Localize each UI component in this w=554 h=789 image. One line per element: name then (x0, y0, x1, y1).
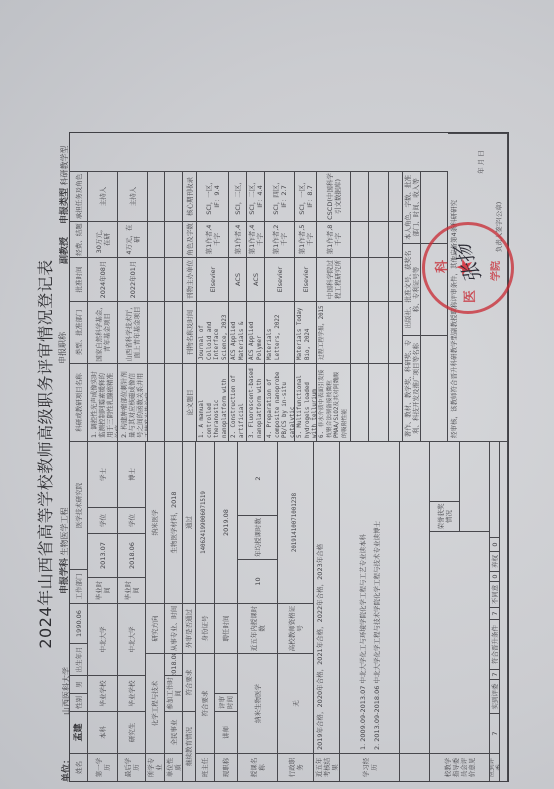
committee-label: 校教学指导委员会评价意见 (430, 753, 490, 781)
paper-blank (351, 257, 369, 301)
birth-value: 1990.06 (70, 603, 88, 643)
project-header: 经费、结题 (70, 221, 88, 257)
paper-cell: 过程工程学报，2015 (317, 301, 351, 363)
committee-value (430, 531, 490, 753)
paper-cell: 第1作者,8千字 (317, 221, 351, 257)
paper-cell: Elsevier (197, 257, 229, 301)
project-blank (148, 221, 165, 257)
eval-time-value (215, 653, 238, 693)
eval-time-label: 评审时间 (215, 693, 238, 711)
title-line: 申报职称 (57, 332, 68, 364)
gender-label: 性别 (70, 693, 88, 711)
edu1-value: 本科 (88, 711, 118, 753)
paper-cell: 中国科学院过程工程研究所 (317, 257, 351, 301)
paper-cell: SCI，二区， (229, 171, 247, 221)
project-cell: 主持人 (88, 171, 118, 221)
hours-yr-label: 年均授课时数 (238, 515, 278, 559)
works-header: 出版社、批准文号、获奖名称、专利证号等 (403, 243, 421, 335)
grad2-label: 毕业时间 (118, 577, 146, 603)
research-label: 研究方向 (146, 603, 165, 653)
project-blank (148, 363, 165, 441)
paper-cell: SCI，一区，IF：8.7 (295, 171, 317, 221)
paper-blank (389, 171, 403, 221)
award-value (430, 441, 460, 501)
project-blank (148, 257, 165, 301)
hours5-label: 近五年内授课时数 (238, 603, 278, 653)
cont-edu-value: 符合要求 (183, 653, 196, 711)
pass-label: 符合晋升条件 (490, 619, 500, 669)
school2-label: 毕业学校 (118, 675, 146, 711)
award-extra (460, 441, 490, 531)
pass-value: 7 (490, 607, 500, 619)
project-blank (165, 257, 183, 301)
cur-title-label: 现职称 (215, 753, 238, 781)
paper-cell: ACS Applied Materials & Interfaces, 2023 (229, 301, 247, 363)
paper-blank (351, 363, 369, 441)
major-label: 所学专业 (146, 753, 165, 781)
work-start-value: 2018.08 (165, 653, 183, 675)
should-value: 7 (490, 713, 500, 753)
work-start-label: 参加工作时间 (165, 675, 183, 711)
review-passed-value: 通过 (183, 441, 196, 603)
paper-cell: Materials Letters, 2022 (265, 301, 295, 363)
org-type-value: 全民事业 (165, 711, 183, 753)
paper-cell: SCI，四区，IF：2.7 (265, 171, 295, 221)
works-header: 著作、教材、教学奖、科研奖、专利、科技开发及推广项目等名称 (403, 335, 421, 441)
paper-cell: SCI，一区，IF：9.4 (197, 171, 229, 221)
cont-edu-label: 继续教育情况 (183, 711, 196, 781)
abstain-label: 弃权 (490, 551, 500, 571)
id-label: 身份证号 (196, 603, 215, 653)
paper-cell: Elsevier (295, 257, 317, 301)
paper-header: 刊物名称及时间 (183, 301, 197, 363)
project-cell: 山西省科学技术厅，面上青年基金项目 (118, 301, 148, 363)
study-item: 1. 2009.09-2013.07 中北大学化工与环境学院化学工程与工艺专业读… (359, 534, 367, 750)
edu1-label: 第一学历 (88, 753, 118, 781)
hours5-value: 10 (238, 559, 278, 603)
study-label: 学习经历 (340, 753, 400, 781)
paper-cell: SCI，二区，IF：4.4 (247, 171, 265, 221)
award-label: 荣誉获奖情况 (430, 501, 460, 531)
project-cell: 国家自然科学基金，青年基金项目 (88, 301, 118, 363)
paper-cell: ACS (247, 257, 265, 301)
project-cell: 2022年01月 (118, 257, 148, 301)
cur-title-value: 讲师 (215, 711, 238, 753)
paper-header: 刊物主办单位 (183, 257, 197, 301)
study-item: 2. 2013.09-2018.06 中北大学化学工程与技术学院化学工程与技术专… (373, 521, 381, 750)
paper-cell: 3. Fluorescent-based nanoplatform with r… (247, 363, 265, 441)
works-header: 本人角色、字数、批准部门、时间、收入等 (403, 171, 421, 243)
project-cell: 4万元，在研 (118, 221, 148, 257)
project-header: 类型、批准部门 (70, 301, 88, 363)
paper-header: 核心期刊收录 (183, 171, 197, 221)
field-value: 生物医学材料，2018 (165, 441, 183, 603)
deg1-label: 学位 (88, 507, 118, 533)
project-cell: 2. 构建肿瘤部位刺针剂量与其对应核磁成像信号之间的函数关系并用于精准光热治疗 (118, 363, 148, 441)
paper-header: 论文题目 (183, 363, 197, 441)
project-blank (165, 301, 183, 363)
name-label: 姓名 (70, 753, 88, 781)
admin-label: 行政职务 (278, 753, 314, 781)
project-cell: 主持人 (118, 171, 148, 221)
works-blank (421, 335, 448, 441)
course-value: 纳米生物医学 (238, 653, 278, 753)
review-passed-label: 外审是否通过 (183, 603, 196, 653)
paper-cell: 5. Multifunctional hydrogels loaded with… (295, 363, 317, 441)
paper-blank (369, 363, 389, 441)
head-teacher-label: 班主任 (196, 753, 215, 781)
school1-label: 毕业学校 (88, 675, 118, 711)
paper-cell: 第1作者,4千字 (247, 221, 265, 257)
birth-label: 出生年月 (70, 643, 88, 675)
paper-cell: 2. Construction of artificial controllab… (229, 363, 247, 441)
paper-cell: CSCD(中国科学引文数据库) (317, 171, 351, 221)
project-blank (165, 221, 183, 257)
project-cell: 2024年08月 (88, 257, 118, 301)
actual-label: 实到评委 (490, 679, 500, 713)
form-title: 2024年山西省高等学校教师高级职务评审情况登记表 (33, 124, 56, 784)
project-cell: 1. 调控性光声成像实时监测控制阿霉素缓释的用于三阴性乳腺癌精准治疗 (88, 363, 118, 441)
project-header: 承担任务及角色 (70, 171, 88, 221)
hire-time-value: 2019.08 (215, 441, 238, 603)
project-blank (148, 301, 165, 363)
edu2-value: 研究生 (118, 711, 146, 753)
project-header: 批准时间 (70, 257, 88, 301)
paper-blank (369, 301, 389, 363)
major-value: 化学工程与技术 (146, 653, 165, 753)
name-value: 孟建 (70, 711, 88, 753)
review-date: 年 月 日 (474, 133, 488, 191)
paper-header: 角色及字数 (183, 221, 197, 257)
deg2-label: 学位 (118, 507, 146, 533)
edu2-label: 最后学历 (118, 753, 146, 781)
deg2-value: 博士 (118, 441, 146, 507)
paper-blank (389, 257, 403, 301)
school1-value: 中北大学 (88, 603, 118, 675)
blank-value (400, 441, 430, 753)
course-label: 授课名称 (238, 753, 278, 781)
votes-blank (490, 441, 500, 537)
hours-yr-value: 2 (238, 441, 278, 515)
project-cell: 30万元，在研 (88, 221, 118, 257)
fail-label: 不同意 (490, 581, 500, 607)
paper-blank (369, 171, 389, 221)
photo-background: 2024年山西省高等学校教师高级职务评审情况登记表 单位：山西医科大学 申报学科… (0, 0, 554, 789)
review-text (500, 441, 508, 781)
paper-cell: 第1作者,4 (229, 221, 247, 257)
paper-cell: Elsevier (265, 257, 295, 301)
project-blank (148, 171, 165, 221)
org-type-label: 单位性质 (165, 753, 183, 781)
paper-blank (389, 363, 403, 441)
project-header: 科研或教研项目名称 (70, 363, 88, 441)
paper-blank (369, 257, 389, 301)
paper-cell: ACS Applied Polymer Materials, 2023 (247, 301, 265, 363)
cert-value: 20191410071001238 (278, 441, 314, 603)
deg1-value: 学士 (88, 441, 118, 507)
dept-value: 医学技术研究院 (70, 441, 88, 569)
paper-cell: 1. A manual controlled theranostic nanop… (197, 363, 229, 441)
paper-cell: 4. Preparation of composite nanoprobe PB… (265, 363, 295, 441)
paper-cell: 第1作者,2千字 (265, 221, 295, 257)
admin-value: 无 (278, 653, 314, 753)
registration-form: 2024年山西省高等学校教师高级职务评审情况登记表 单位：山西医科大学 申报学科… (27, 124, 527, 784)
cert-label: 高校教师资格证号 (278, 603, 314, 653)
paper-cell: Materials Today Bio, 2024 (295, 301, 317, 363)
abstain-value: 0 (490, 537, 500, 551)
grad1-value: 2013.07 (88, 533, 118, 577)
paper-blank (389, 301, 403, 363)
gender-value: 男 (70, 675, 88, 693)
paper-cell: 第1作者,5千字 (295, 221, 317, 257)
hire-time-label: 聘任时间 (215, 603, 238, 653)
project-blank (165, 171, 183, 221)
paper-blank (351, 301, 369, 363)
id-value: 140624199006071519 (196, 441, 215, 603)
research-value: 纳米医学 (146, 441, 165, 603)
paper-cell: 第1作者,4千字 (197, 221, 229, 257)
should-label: 应到评委 (490, 753, 500, 781)
paper-blank (369, 221, 389, 257)
grad2-value: 2018.06 (118, 533, 146, 577)
field-label: 从事专业、时间 (165, 603, 183, 653)
head-teacher-value: 符合要求 (196, 653, 215, 753)
project-blank (165, 363, 183, 441)
paper-cell: Journal of Colloid and Interface Science… (197, 301, 229, 363)
assess-value: 2019年合格，2020年合格，2021年合格，2022年合格，2023年合格 (314, 441, 340, 753)
study-value: 1. 2009.09-2013.07 中北大学化工与环境学院化学工程与工艺专业读… (340, 441, 400, 753)
grad1-label: 毕业时间 (88, 577, 118, 603)
paper-blank (351, 171, 369, 221)
paper-cell: ACS (229, 257, 247, 301)
blank-label (400, 753, 430, 781)
dept-label: 工作部门 (70, 569, 88, 603)
paper-cell: 6. 非水介质中表面引发接枝聚合法制备接枝微粒PMAA/SiO2及其对阿魏酸的吸… (317, 363, 351, 441)
actual-value: 7 (490, 669, 500, 679)
paper-blank (389, 221, 403, 257)
paper-blank (351, 221, 369, 257)
assess-label: 近五年考核结果 (314, 753, 340, 781)
school2-value: 中北大学 (118, 603, 146, 675)
fail-value: 0 (490, 571, 500, 581)
